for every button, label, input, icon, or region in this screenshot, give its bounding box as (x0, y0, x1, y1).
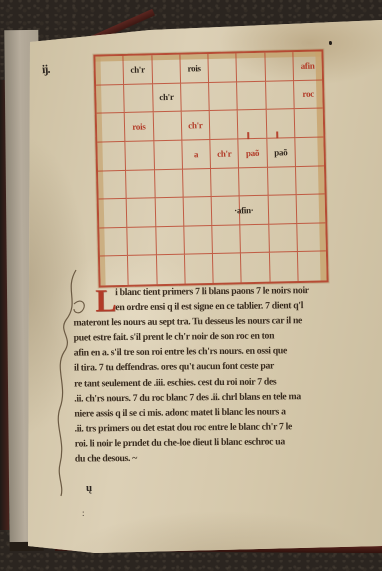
red-tick-mark (276, 131, 278, 138)
board-cell: afin (293, 51, 322, 80)
board-cell (238, 110, 267, 139)
board-cell: rois (180, 54, 209, 83)
board-cell (295, 137, 324, 166)
quire-signature-dot: : (82, 508, 85, 518)
board-cell (155, 198, 184, 227)
folio-number: ij. (41, 62, 49, 77)
piece-label: rois (132, 122, 145, 132)
board-cell (96, 85, 125, 114)
board-cell (237, 53, 266, 82)
board-cell (97, 113, 126, 142)
board-cell (153, 112, 182, 141)
piece-label: ch'r (188, 120, 203, 130)
piece-label: ·afin· (234, 205, 253, 215)
board-cell (99, 199, 128, 228)
text-line: du che desous. ~ (75, 448, 371, 466)
board-cell (99, 228, 128, 257)
board-cell: a (182, 140, 211, 169)
piece-label: a (194, 149, 198, 159)
board-cell (296, 166, 325, 195)
board-cell (156, 255, 185, 284)
ink-speck (329, 41, 332, 45)
board-cell: ch'r (210, 139, 239, 168)
board-cell (185, 254, 214, 283)
board-cell (127, 198, 156, 227)
manuscript-photo: ij. ch'rroisafinch'rrocroisch'rach'rpaõp… (0, 0, 382, 571)
piece-label: paõ (246, 148, 259, 158)
board-cell (126, 170, 155, 199)
chessboard: ch'rroisafinch'rrocroisch'rach'rpaõpaõ·a… (93, 49, 328, 287)
board-cell (152, 55, 181, 84)
board-cell: ch'r (181, 111, 210, 140)
board-cell: ch'r (124, 55, 153, 84)
board-cell (95, 56, 124, 85)
board-cell (97, 142, 126, 171)
board-cell (237, 81, 266, 110)
board-cell: ch'r (153, 83, 182, 112)
board-cell: ·afin· (240, 196, 269, 225)
board-cell (266, 109, 295, 138)
chessboard-grid: ch'rroisafinch'rrocroisch'rach'rpaõpaõ·a… (95, 51, 326, 285)
quire-signature: ų (86, 482, 92, 494)
board-cell (212, 225, 241, 254)
text-lines: i blanc tient primers 7 li blans paons 7… (73, 282, 371, 466)
board-cell (183, 169, 212, 198)
board-cell (181, 83, 210, 112)
board-cell (269, 252, 298, 281)
board-cell (211, 168, 240, 197)
board-cell (156, 226, 185, 255)
board-cell (213, 254, 242, 283)
piece-label: paõ (274, 147, 287, 157)
board-cell: rois (125, 113, 154, 142)
board-cell: roc (294, 80, 323, 109)
piece-label: rois (187, 63, 200, 73)
board-cell (128, 256, 157, 285)
board-cell (239, 167, 268, 196)
board-cell (265, 52, 294, 81)
text-block: L i blanc tient primers 7 li blans paons… (73, 282, 371, 466)
board-cell (155, 169, 184, 198)
board-cell: paõ (267, 138, 296, 167)
piece-label: ch'r (217, 148, 232, 158)
board-cell (297, 223, 326, 252)
board-cell (241, 224, 270, 253)
red-tick-mark (247, 132, 249, 139)
board-cell (294, 109, 323, 138)
board-cell (298, 252, 327, 281)
board-cell (208, 53, 237, 82)
piece-label: ch'r (159, 92, 174, 102)
board-cell (184, 226, 213, 255)
piece-label: roc (302, 89, 314, 99)
board-cell (267, 167, 296, 196)
board-cell: paõ (239, 139, 268, 168)
board-cell (154, 141, 183, 170)
board-cell (98, 170, 127, 199)
board-cell (296, 195, 325, 224)
board-cell (268, 195, 297, 224)
board-cell (126, 141, 155, 170)
board-cell (210, 111, 239, 140)
board-cell (266, 81, 295, 110)
piece-label: afin (301, 60, 315, 70)
board-cell (183, 197, 212, 226)
board-cell (124, 84, 153, 113)
decorated-initial: L (95, 285, 117, 315)
board-cell (209, 82, 238, 111)
parchment-page: ij. ch'rroisafinch'rrocroisch'rach'rpaõp… (22, 16, 382, 556)
piece-label: ch'r (130, 64, 145, 74)
board-cell (128, 227, 157, 256)
board-cell (241, 253, 270, 282)
board-cell (269, 224, 298, 253)
